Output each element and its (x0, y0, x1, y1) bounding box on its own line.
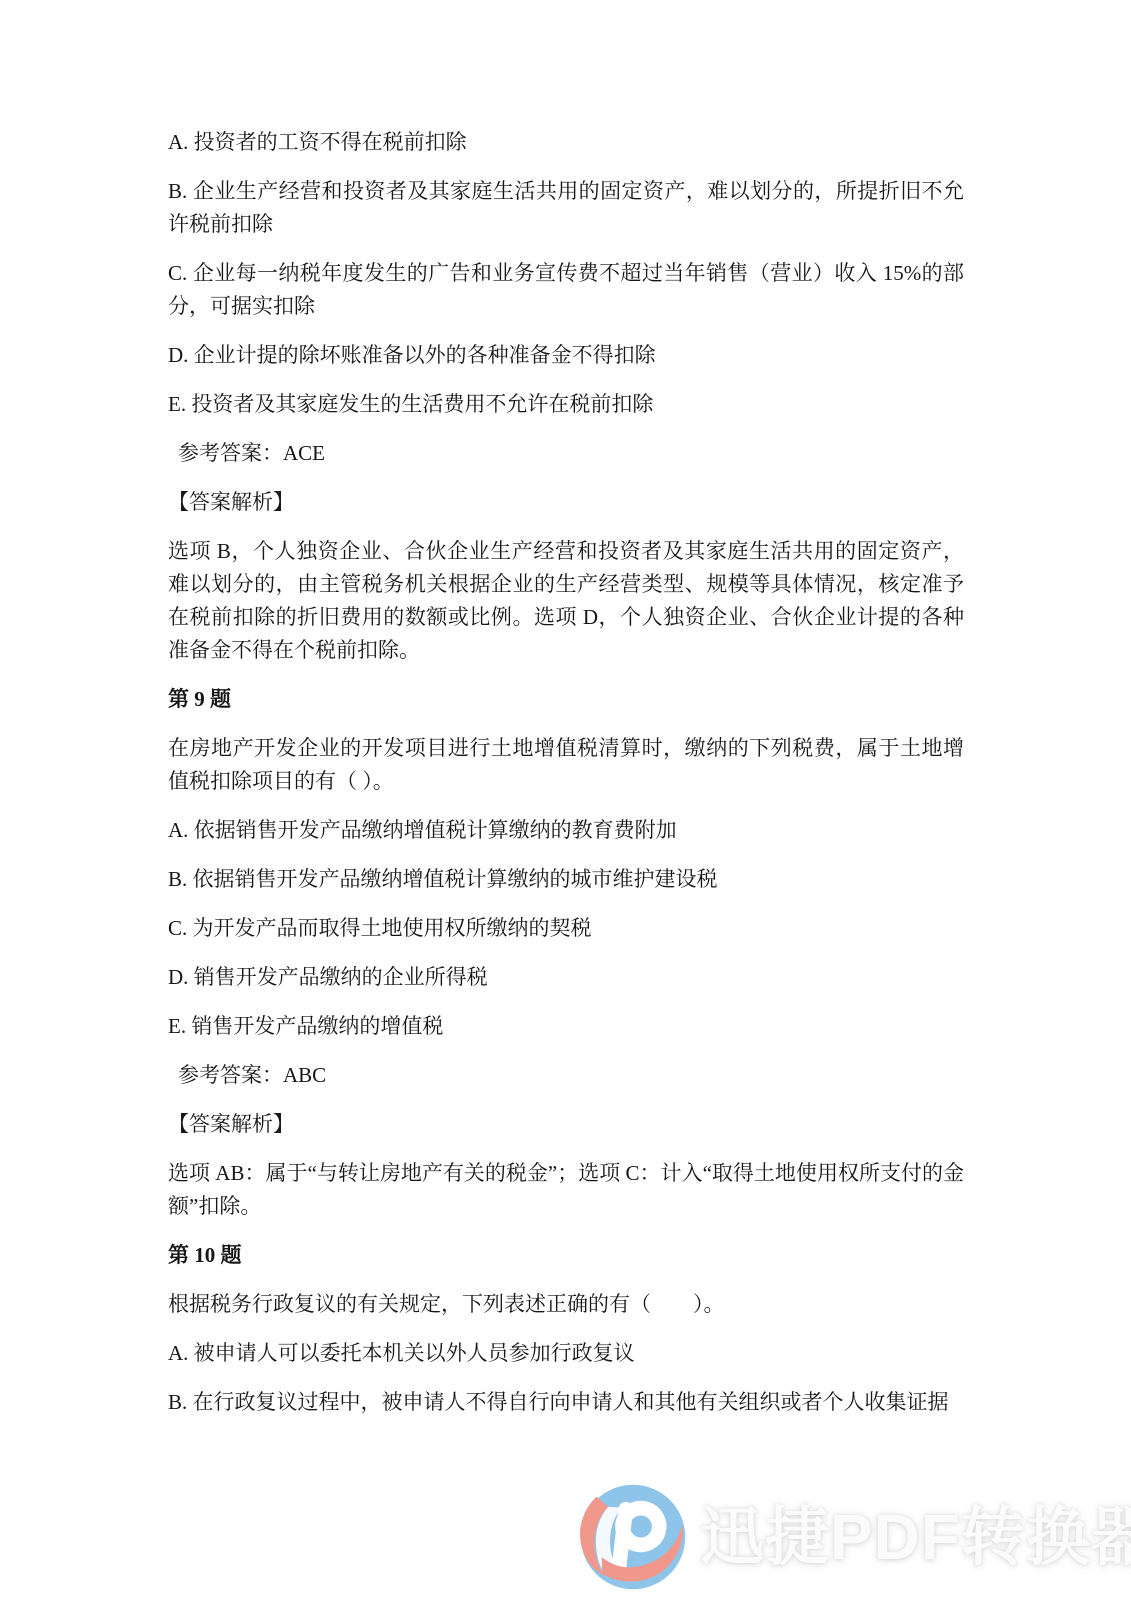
watermark-brand-text: 迅捷PDF转换器 (700, 1482, 1131, 1592)
q8-option-d: D. 企业计提的除坏账准备以外的各种准备金不得扣除 (168, 339, 964, 372)
q8-analysis-text: 选项 B，个人独资企业、合伙企业生产经营和投资者及其家庭生活共用的固定资产，难以… (168, 535, 964, 667)
q9-option-d: D. 销售开发产品缴纳的企业所得税 (168, 961, 964, 994)
q9-analysis-label: 【答案解析】 (168, 1108, 964, 1141)
q10-stem: 根据税务行政复议的有关规定，下列表述正确的有（ ）。 (168, 1288, 964, 1321)
q9-reference-answer: 参考答案：ABC (168, 1059, 964, 1092)
q9-option-c: C. 为开发产品而取得土地使用权所缴纳的契税 (168, 912, 964, 945)
q8-option-e: E. 投资者及其家庭发生的生活费用不允许在税前扣除 (168, 388, 964, 421)
q10-option-a: A. 被申请人可以委托本机关以外人员参加行政复议 (168, 1337, 964, 1370)
q9-option-e: E. 销售开发产品缴纳的增值税 (168, 1010, 964, 1043)
q8-option-c: C. 企业每一纳税年度发生的广告和业务宣传费不超过当年销售（营业）收入 15%的… (168, 257, 964, 323)
q8-option-a: A. 投资者的工资不得在税前扣除 (168, 126, 964, 159)
q8-analysis-label: 【答案解析】 (168, 486, 964, 519)
watermark: 迅捷PDF转换器 (578, 1482, 1131, 1592)
q10-heading: 第 10 题 (168, 1239, 964, 1272)
q9-analysis-text: 选项 AB：属于“与转让房地产有关的税金”；选项 C：计入“取得土地使用权所支付… (168, 1157, 964, 1223)
document-page: A. 投资者的工资不得在税前扣除 B. 企业生产经营和投资者及其家庭生活共用的固… (0, 0, 1131, 1600)
q9-stem: 在房地产开发企业的开发项目进行土地增值税清算时，缴纳的下列税费，属于土地增值税扣… (168, 732, 964, 798)
q8-option-b: B. 企业生产经营和投资者及其家庭生活共用的固定资产，难以划分的，所提折旧不允许… (168, 175, 964, 241)
q10-option-b: B. 在行政复议过程中，被申请人不得自行向申请人和其他有关组织或者个人收集证据 (168, 1386, 964, 1419)
pdf-converter-logo-icon (578, 1482, 688, 1592)
q9-option-b: B. 依据销售开发产品缴纳增值税计算缴纳的城市维护建设税 (168, 863, 964, 896)
exam-content: A. 投资者的工资不得在税前扣除 B. 企业生产经营和投资者及其家庭生活共用的固… (168, 126, 964, 1435)
q9-option-a: A. 依据销售开发产品缴纳增值税计算缴纳的教育费附加 (168, 814, 964, 847)
q9-heading: 第 9 题 (168, 683, 964, 716)
q8-reference-answer: 参考答案：ACE (168, 437, 964, 470)
